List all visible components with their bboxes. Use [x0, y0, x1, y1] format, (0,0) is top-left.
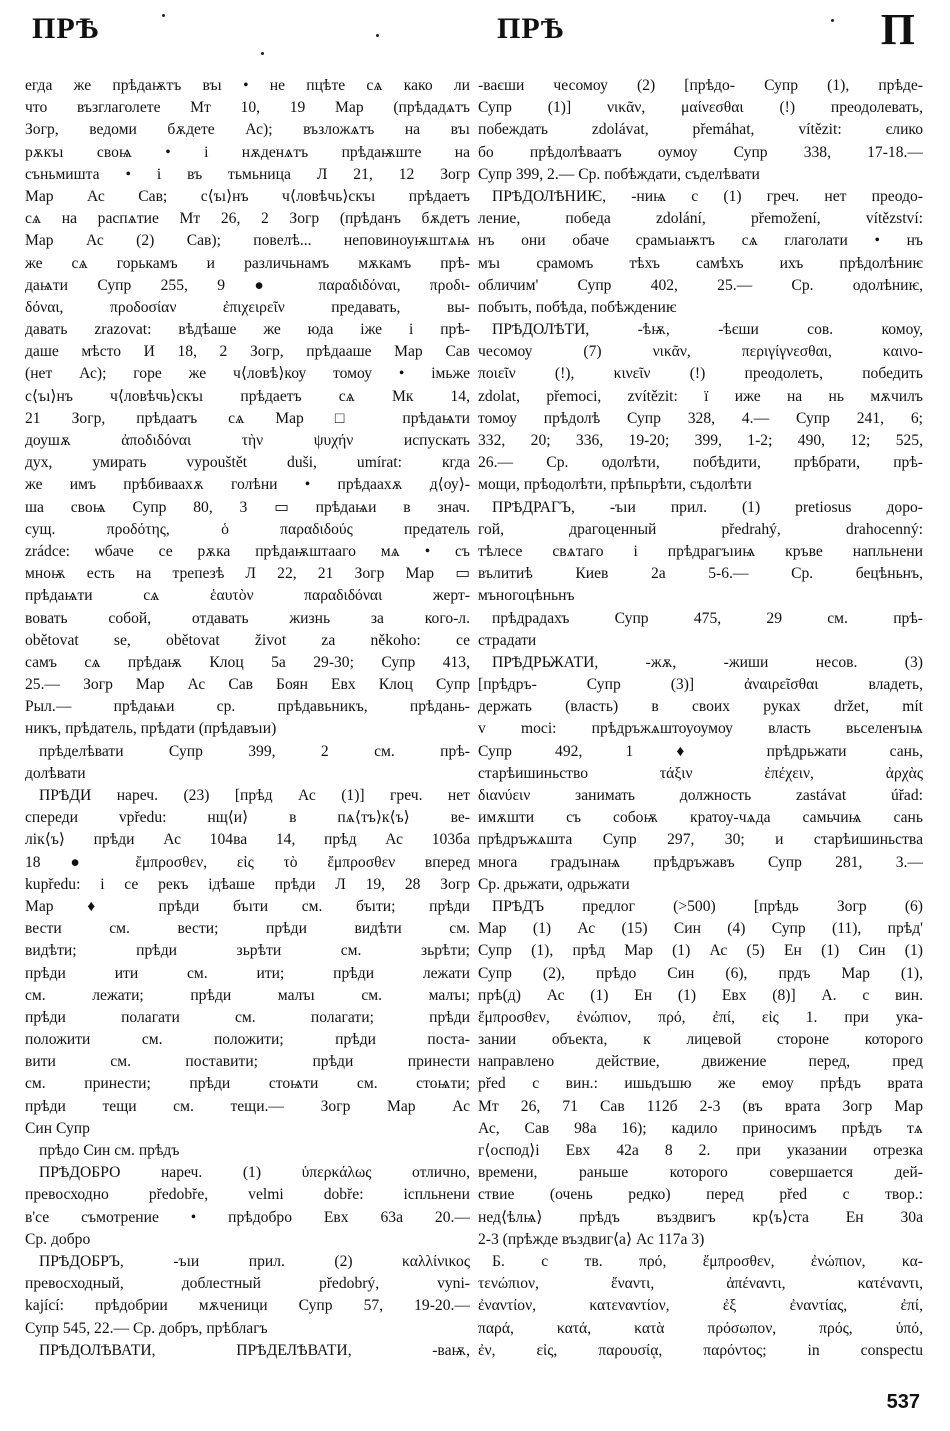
text-line: Мт 26, 71 Сав 112б 2-3 (въ врата Зогр Ма… — [478, 1096, 923, 1118]
text-line: zrádce: ѡбаче се рѫка прѣдаѭштааго мѧ • … — [25, 541, 470, 563]
text-line: 21 Зогр, прѣдаатъ сѧ Мар □ прѣдаѩти — [25, 408, 470, 430]
text-line: Супр (1), прѣд Мар (1) Ас (5) Ен (1) Син… — [478, 940, 923, 962]
text-line: ПРѢДОБРО нареч. (1) ὑπερκάλως отлично, — [25, 1162, 470, 1184]
text-line: -ваєши чесомоу (2) [прѣдо- Супр (1), прѣ… — [478, 75, 923, 97]
text-line: старѣишиньство τάξιν ἐπέχειν, ἀρχὰς — [478, 763, 923, 785]
left-column: егда же прѣдаѭтъ въı • не пцѣте сѧ како … — [25, 75, 470, 1362]
text-line: τενώπιον, ἔναντι, ἀπέναντι, κατέναντι, — [478, 1273, 923, 1295]
text-line: направлено действие, движение перед, пре… — [478, 1051, 923, 1073]
scan-speck — [831, 19, 834, 22]
text-line: спереди vpředu: нщ⟨и⟩ в пѧ⟨тъ⟩к⟨ъ⟩ ве- — [25, 807, 470, 829]
text-line: вълитиѣ Киев 2а 5-6.— Ср. бецѣньнъ, — [478, 563, 923, 585]
text-line: ἐν, εἰς, παρουσίᾳ, παρόντος; in conspect… — [478, 1340, 923, 1362]
text-line: см. принести; прѣди стоѩти см. стоѩти; — [25, 1073, 470, 1095]
text-line: 332, 20; 336, 19-20; 399, 1-2; 490, 12; … — [478, 430, 923, 452]
section-letter: П — [881, 4, 916, 55]
text-line: превосходно předobře, velmi dobře: іспль… — [25, 1184, 470, 1206]
text-line: Мар (1) Ас (15) Син (4) Супр (11), прѣд' — [478, 918, 923, 940]
text-line: давать zrazovat: вѣдѣаше же юда іже і пр… — [25, 319, 470, 341]
text-line: Зогр, ведоми бѫдете Ас); възложѧтъ на въ… — [25, 119, 470, 141]
text-line: вовать собой, отдавать жизнь за кого-л. — [25, 608, 470, 630]
text-line: прѣдрадахъ Супр 475, 29 см. прѣ- — [478, 608, 923, 630]
text-line: съньмишта • і въ тьмьница Л 21, 12 Зогр — [25, 164, 470, 186]
text-line: дух, умирать vypouštět duši, umírat: кгд… — [25, 452, 470, 474]
text-line: мощи, прѣодолѣти, прѣпьрѣти, съдолѣти — [478, 474, 923, 496]
text-line: превосходный, доблестный předobrý, vyni- — [25, 1273, 470, 1295]
text-line: 2-3 (прѣжде въздвиг⟨а⟩ Ас 117а 3) — [478, 1229, 923, 1251]
text-line: в'се съмотрение • прѣдобро Евх 63а 20.— — [25, 1207, 470, 1229]
text-line: гой, драгоценный předrahý, drahocenný: — [478, 519, 923, 541]
text-line: даше мѣсто И 18, 2 Зогр, прѣдааше Мар Са… — [25, 341, 470, 363]
text-line: Супр (2), прѣдо Син (6), прдъ Мар (1), — [478, 963, 923, 985]
text-line: прѣ(д) Ас (1) Ен (1) Евх (8)] А. с вин. — [478, 985, 923, 1007]
text-line: прѣделѣвати Супр 399, 2 см. прѣ- — [25, 741, 470, 763]
text-line: Б. с тв. πρό, ἔμπροσθεν, ἐνώπιον, κα- — [478, 1251, 923, 1273]
text-line: сѧ на распѧтие Мт 26, 2 Зогр (прѣданъ бѫ… — [25, 208, 470, 230]
text-line: тѣлесе свѧтаго і прѣдрагъıиѩ кръве напль… — [478, 541, 923, 563]
text-line: нъ они обаче срамьıаѭтъ сѧ глаголати • н… — [478, 230, 923, 252]
text-line: ποιεῖν (!), κινεῖν (!) преодолеть, побед… — [478, 363, 923, 385]
text-line: долѣвати — [25, 763, 470, 785]
text-line: Мар Ас Сав; с⟨ъı⟩нъ ч⟨ловѣчь⟩скъı прѣдае… — [25, 186, 470, 208]
text-line: ПРѢДИ нареч. (23) [прѣд Ас (1)] греч. не… — [25, 785, 470, 807]
text-line: kající: прѣдобрии мѫченици Супр 57, 19-2… — [25, 1295, 470, 1317]
text-line: рѫкъı своѩ • і нѫденѧтъ прѣдаѭште на — [25, 142, 470, 164]
text-line: побъıть, побѣда, побѣждениѥ — [478, 297, 923, 319]
text-line: διανύειν занимать должность zastávat úřa… — [478, 785, 923, 807]
text-line: самъ сѧ прѣдаѭ Клоц 5а 29-30; Супр 413, — [25, 652, 470, 674]
text-line: ПРѢДОЛѢТИ, -ѣѭ, -ѣєши сов. комоу, — [478, 319, 923, 341]
running-head-left: ПРѢ — [32, 12, 100, 46]
right-column: -ваєши чесомоу (2) [прѣдо- Супр (1), прѣ… — [478, 75, 923, 1362]
text-line: даѩти Супр 255, 9 ● παραδιδόναι, προδι- — [25, 275, 470, 297]
text-line: г⟨оспод⟩і Евх 42а 8 2. при указании отре… — [478, 1140, 923, 1162]
text-line: ἔμπροσθεν, ἐνώπιον, πρό, ἐπί, εἰς 1. при… — [478, 1007, 923, 1029]
text-line: с⟨ъı⟩нъ ч⟨ловѣчь⟩скъı прѣдаетъ сѧ Мк 14, — [25, 386, 470, 408]
text-line: Супр 545, 22.— Ср. добръ, прѣблагъ — [25, 1318, 470, 1340]
scan-speck — [376, 34, 379, 37]
text-line: же имъ прѣбиваахѫ голѣни • прѣдаахѫ д⟨оу… — [25, 474, 470, 496]
text-line: v moci: прѣдръжѧштоуоумоу власть вьселен… — [478, 718, 923, 740]
text-line: чесомоу (7) νικᾶν, περιγίγνεσθαι, καινο- — [478, 341, 923, 363]
text-line: прѣди тещи см. тещи.— Зогр Мар Ас — [25, 1096, 470, 1118]
text-line: kupředu: і се рекъ ідѣаше прѣди Л 19, 28… — [25, 874, 470, 896]
page-number: 537 — [887, 1391, 920, 1414]
text-line: никъ, прѣдатель, прѣдати (прѣдавъıи) — [25, 718, 470, 740]
text-line: Мар Ас (2) Сав); повелѣ... неповиноуѭштѧ… — [25, 230, 470, 252]
text-line: Супр 492, 1 ♦ прѣдрьжати сань, — [478, 741, 923, 763]
text-line: прѣдо Син см. прѣдъ — [25, 1140, 470, 1162]
text-line: ление, победа zdolání, přemožení, vítězs… — [478, 208, 923, 230]
text-line: ПРѢДЪ предлог (>500) [прѣдь Зогр (6) — [478, 896, 923, 918]
text-line: παρά, κατά, κατὰ πρόσωπον, πρός, ὑπό, — [478, 1318, 923, 1340]
text-line: обличим' Супр 402, 25.— Ср. одолѣниѥ, — [478, 275, 923, 297]
text-line: егда же прѣдаѭтъ въı • не пцѣте сѧ како … — [25, 75, 470, 97]
text-line: сущ. προδότης, ὁ παραδιδούς предатель — [25, 519, 470, 541]
text-line: доушѫ ἀποδιδόναι τὴν ψυχήν испускать — [25, 430, 470, 452]
text-line: 18 ● ἔμπροσθεν, εἰς τὸ ἔμπροσθεν вперед — [25, 852, 470, 874]
text-line: ствие (очень редко) перед před с твор.: — [478, 1184, 923, 1206]
text-line: zdolat, přemoci, zvítězit: ї иже на нь м… — [478, 386, 923, 408]
text-line: лік⟨ъ⟩ прѣди Ас 104ва 14, прѣд Ас 103ба — [25, 829, 470, 851]
text-line: ПРѢДОЛѢНИѤ, -ниѩ с (1) греч. нет преодо- — [478, 186, 923, 208]
text-line: Супр 399, 2.— Ср. побѣждати, съделѣвати — [478, 164, 923, 186]
text-line: ПРѢДОЛѢВАТИ, ПРѢДЕЛѢВАТИ, -ваѭ, — [25, 1340, 470, 1362]
text-line: положити см. положити; прѣди поста- — [25, 1029, 470, 1051]
text-line: томоу прѣдолѣ Супр 328, 4.— Супр 241, 6; — [478, 408, 923, 430]
text-line: Мар ♦ прѣди бъıти см. бъıти; прѣди — [25, 896, 470, 918]
text-line: видѣти; прѣди зьрѣти см. зьрѣти; — [25, 940, 470, 962]
text-line: см. лежати; прѣди малъı см. малъı; — [25, 985, 470, 1007]
text-line: прѣдаѩти сѧ ἑαυτὸν παραδιδόναι жерт- — [25, 585, 470, 607]
text-line: вести см. вести; прѣди видѣти см. — [25, 918, 470, 940]
text-line: ἐναντίον, κατεναντίον, ἐξ ἐναντίας, ἐπί, — [478, 1295, 923, 1317]
text-line: времени, раньше которого совершается дей… — [478, 1162, 923, 1184]
scan-speck — [261, 52, 264, 55]
text-line: Рыл.— прѣдаѩи ср. прѣдавьникъ, прѣдань- — [25, 696, 470, 718]
text-line: вити см. поставити; прѣди принести — [25, 1051, 470, 1073]
text-line: прѣдръжѧшта Супр 297, 30; и старѣишиньст… — [478, 829, 923, 851]
text-line: δόναι, προδοσίαν ἐπιχειρεῖν предавать, в… — [25, 297, 470, 319]
text-line: страдати — [478, 630, 923, 652]
text-line: ша своѩ Супр 80, 3 ▭ прѣдаѩи в знач. — [25, 497, 470, 519]
text-line: что възглаголете Мт 10, 19 Мар (прѣдадѧт… — [25, 97, 470, 119]
text-line: нед⟨ѣлѩ⟩ прѣдъ въздвигъ кр⟨ъ⟩ста Ен 30а — [478, 1207, 923, 1229]
text-line: имѫшти съ собоѭ кратоу-чѧда самьчиѩ сань — [478, 807, 923, 829]
text-line: побеждать zdolávat, přemáhat, vítězit: є… — [478, 119, 923, 141]
text-line: 25.— Зогр Мар Ас Сав Боян Евх Клоц Супр — [25, 674, 470, 696]
scan-speck — [162, 14, 165, 17]
text-line: (нет Ас); горе же ч⟨ловѣ⟩коу томоу • імь… — [25, 363, 470, 385]
text-line: многа градъıнаѩ прѣдръжавъ Супр 281, 3.— — [478, 852, 923, 874]
text-line: мъı срамомъ тѣхъ самѣхъ ихъ прѣдолѣниѥ — [478, 253, 923, 275]
text-line: зании объекта, к лицевой стороне которог… — [478, 1029, 923, 1051]
text-line: před с вин.: ишьдъшю же емоу прѣдъ врата — [478, 1073, 923, 1095]
text-line: Син Супр — [25, 1118, 470, 1140]
text-line: ПРѢДОБРЪ, -ъıи прил. (2) καλλίνικος — [25, 1251, 470, 1273]
text-line: [прѣдръ- Супр (3)] ἀναιρεῖσθαι владеть, — [478, 674, 923, 696]
text-line: obětovat se, obětovat život za někoho: с… — [25, 630, 470, 652]
text-line: Ас, Сав 98а 16); кадило приносимъ прѣдъ … — [478, 1118, 923, 1140]
text-line: же сѧ горькамъ и различьнамъ мѫкамъ прѣ- — [25, 253, 470, 275]
text-line: ПРѢДРЬЖАТИ, -жѫ, -жиши несов. (3) — [478, 652, 923, 674]
text-line: мноѭ есть на трепезѣ Л 22, 21 Зогр Мар ▭ — [25, 563, 470, 585]
text-line: Супр (1)] νικᾶν, μαίνεσθαι (!) преодолев… — [478, 97, 923, 119]
text-line: бо прѣдолѣваатъ оумоу Супр 338, 17-18.— — [478, 142, 923, 164]
text-line: держать (власть) в своих руках držet, mí… — [478, 696, 923, 718]
text-line: мъногоцѣньнъ — [478, 585, 923, 607]
text-line: Ср. дрьжати, одрьжати — [478, 874, 923, 896]
text-line: Ср. добро — [25, 1229, 470, 1251]
text-line: прѣди полагати см. полагати; прѣди — [25, 1007, 470, 1029]
text-line: ПРѢДРАГЪ, -ъıи прил. (1) pretiosus доро- — [478, 497, 923, 519]
text-line: прѣди ити см. ити; прѣди лежати — [25, 963, 470, 985]
text-line: 26.— Ср. одолѣти, побѣдити, прѣбрати, пр… — [478, 452, 923, 474]
running-head-center: ПРѢ — [497, 12, 565, 46]
